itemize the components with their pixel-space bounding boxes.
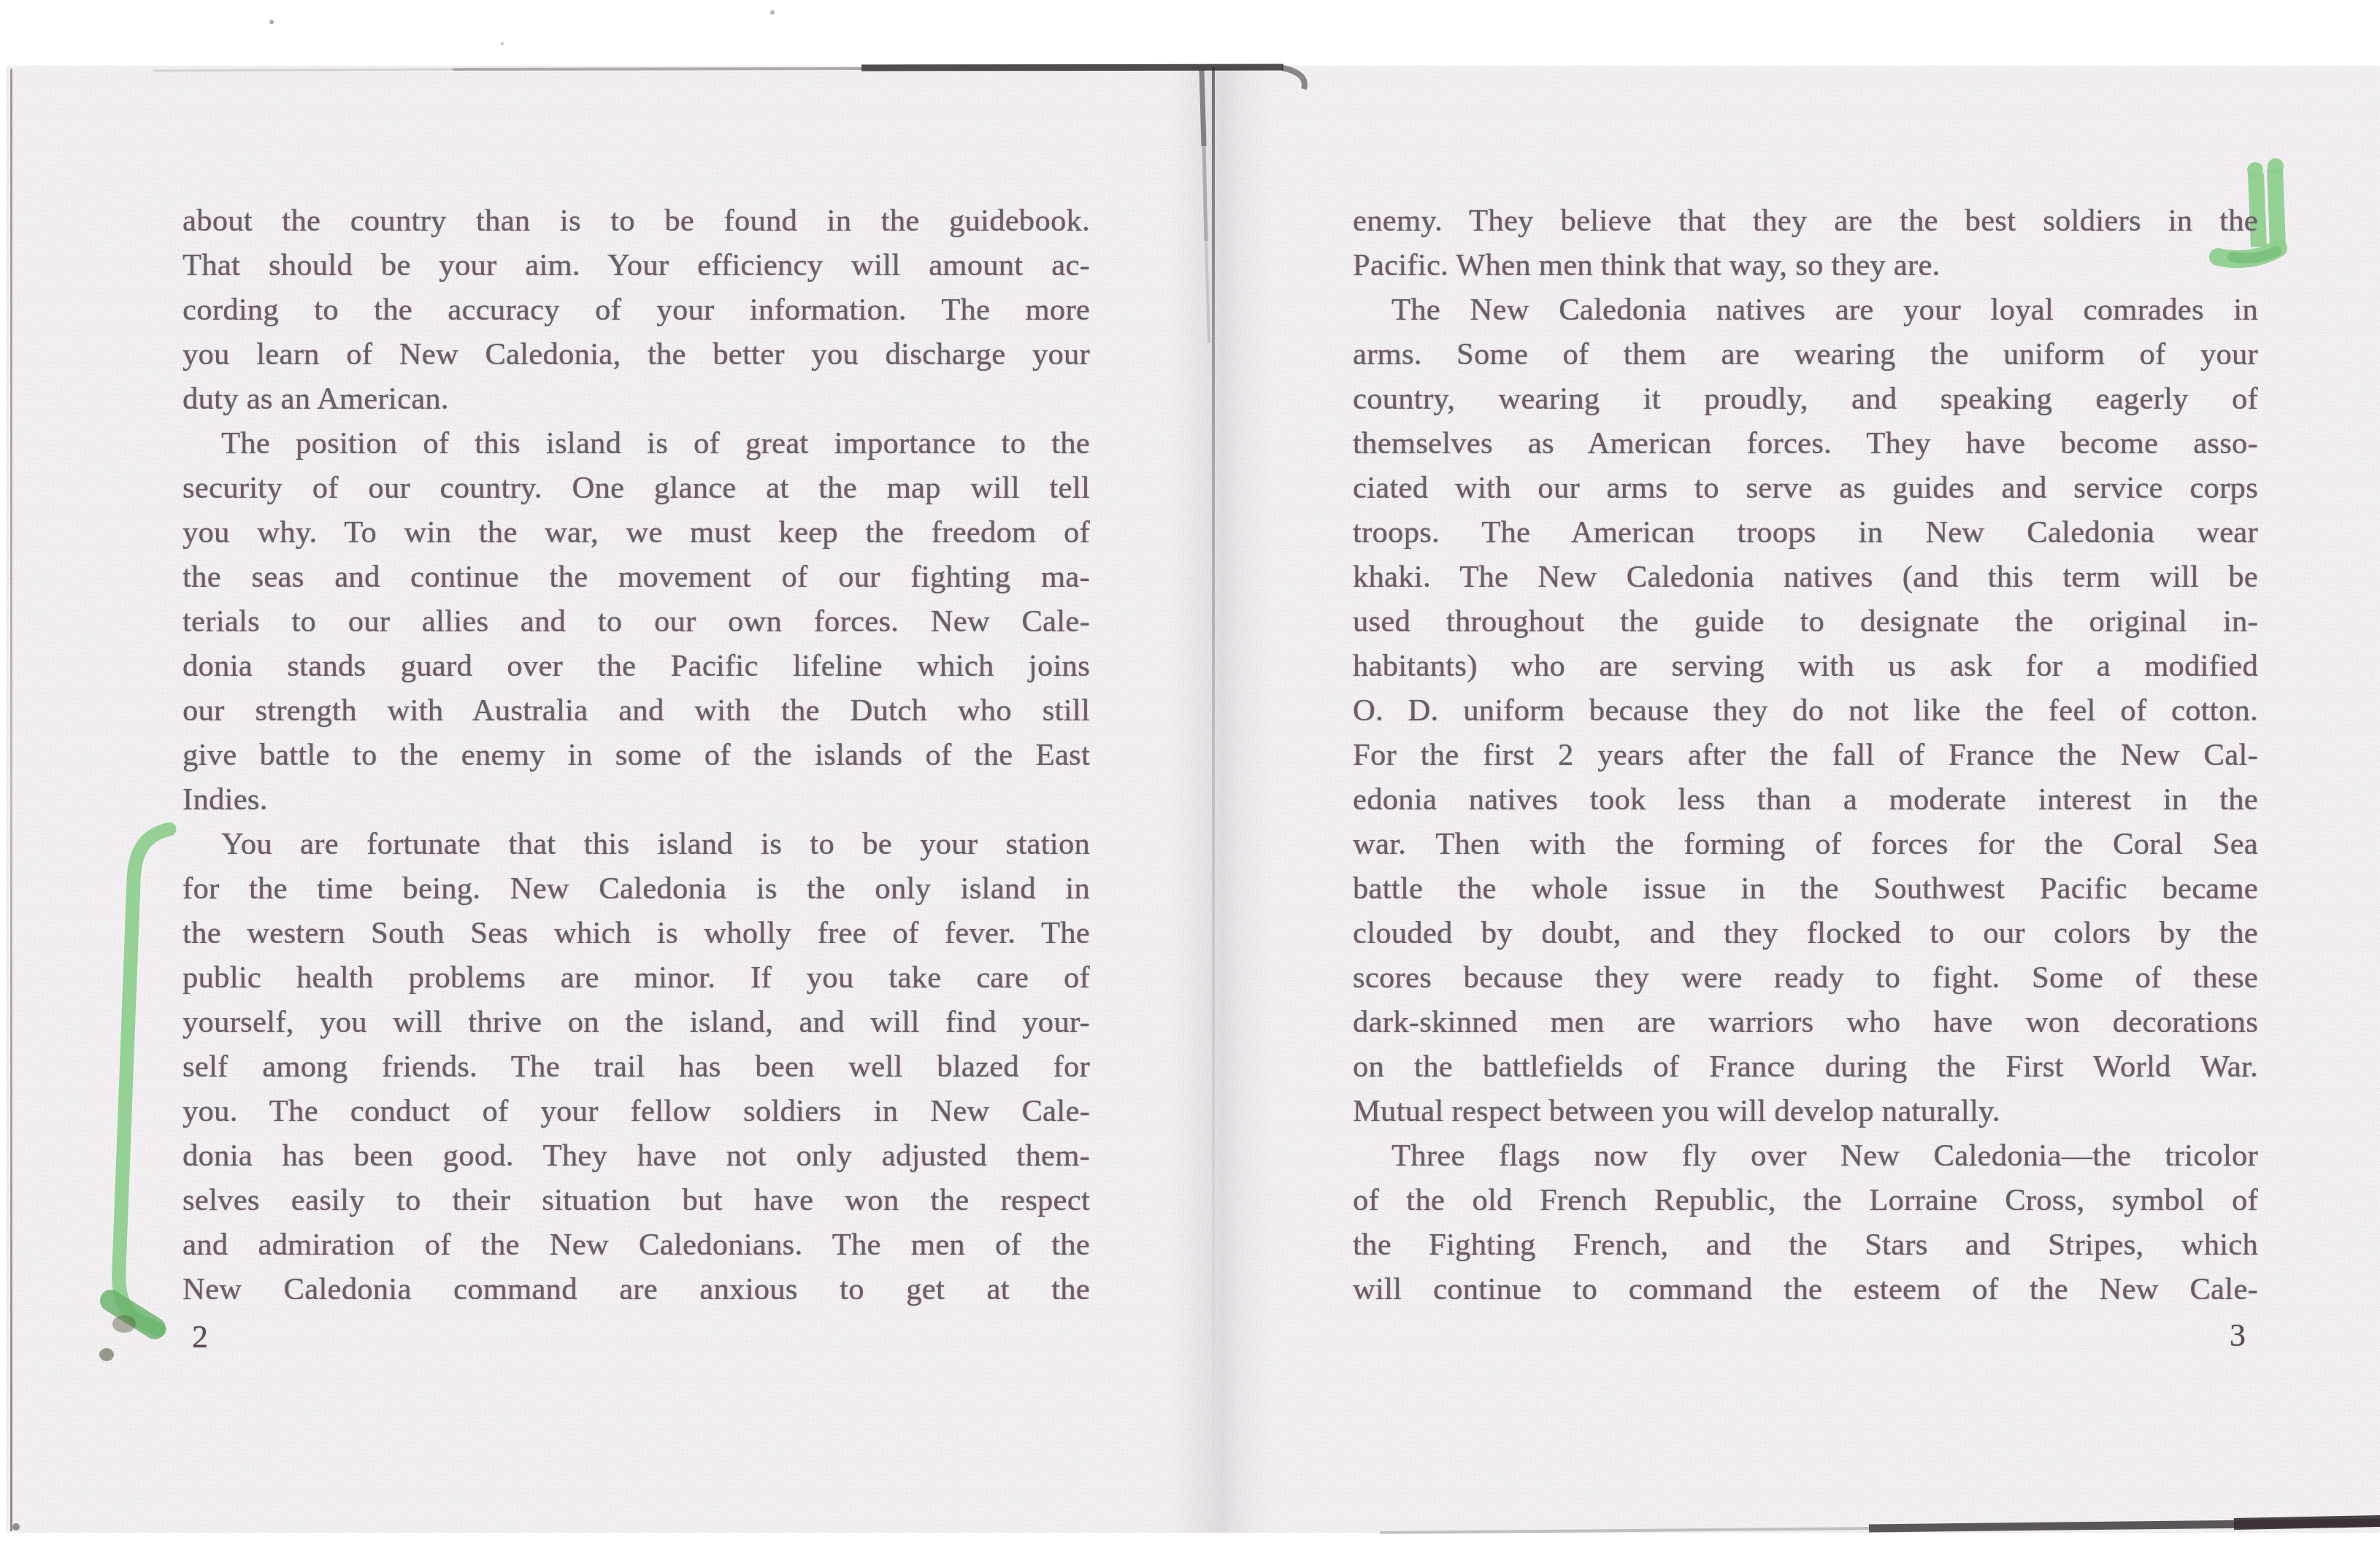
- right-page-number: 3: [2190, 1317, 2246, 1354]
- text-line: New Caledonia command are anxious to get…: [183, 1267, 1090, 1312]
- text-line: edonia natives took less than a moderate…: [1353, 777, 2258, 822]
- text-line: donia has been good. They have not only …: [183, 1133, 1090, 1178]
- scan-bottom-edge: [2234, 1521, 2380, 1524]
- green-marker-blot: [99, 1348, 114, 1361]
- text-line: self among friends. The trail has been w…: [183, 1044, 1090, 1089]
- text-line: give battle to the enemy in some of the …: [183, 733, 1090, 777]
- text-line: battle the whole issue in the Southwest …: [1353, 866, 2258, 911]
- text-line: enemy. They believe that they are the be…: [1353, 199, 2258, 243]
- text-line: You are fortunate that this island is to…: [183, 822, 1090, 866]
- text-line: about the country than is to be found in…: [183, 199, 1090, 243]
- text-line: The position of this island is of great …: [183, 421, 1090, 466]
- text-line: of the old French Republic, the Lorraine…: [1353, 1178, 2258, 1223]
- text-line: scores because they were ready to fight.…: [1353, 955, 2258, 1000]
- spine-shadow-line: [1202, 70, 1204, 146]
- text-line: used throughout the guide to designate t…: [1353, 599, 2258, 644]
- green-marker-blot: [112, 1315, 136, 1333]
- text-line: Pacific. When men think that way, so the…: [1353, 243, 2258, 288]
- text-line: security of our country. One glance at t…: [183, 466, 1090, 510]
- text-line: The New Caledonia natives are your loyal…: [1353, 288, 2258, 332]
- text-line: on the battlefields of France during the…: [1353, 1044, 2258, 1089]
- green-highlight-bracket-left: [119, 829, 169, 1330]
- text-line: the western South Seas which is wholly f…: [183, 911, 1090, 955]
- text-line: habitants) who are serving with us ask f…: [1353, 644, 2258, 688]
- scan-top-edge: [453, 69, 861, 69]
- text-line: ciated with our arms to serve as guides …: [1353, 466, 2258, 510]
- text-line: public health problems are minor. If you…: [183, 955, 1090, 1000]
- scan-top-edge: [153, 69, 453, 71]
- text-line: selves easily to their situation but hav…: [183, 1178, 1090, 1223]
- scan-bottom-edge: [1380, 1528, 1869, 1533]
- text-line: That should be your aim. Your efficiency…: [183, 243, 1090, 288]
- text-line: yourself, you will thrive on the island,…: [183, 1000, 1090, 1044]
- text-line: dark-skinned men are warriors who have w…: [1353, 1000, 2258, 1044]
- text-line: the seas and continue the movement of ou…: [183, 555, 1090, 599]
- right-page-text: enemy. They believe that they are the be…: [1353, 199, 2258, 1312]
- dust-speck: [770, 10, 775, 15]
- left-page-number: 2: [192, 1318, 208, 1355]
- text-line: cording to the accuracy of your informat…: [183, 288, 1090, 332]
- text-line: terials to our allies and to our own for…: [183, 599, 1090, 644]
- text-line: For the first 2 years after the fall of …: [1353, 733, 2258, 777]
- scan-top-edge: [861, 67, 1283, 68]
- scan-top-edge: [1282, 68, 1305, 89]
- dust-speck: [269, 20, 274, 24]
- left-page-text: about the country than is to be found in…: [183, 199, 1090, 1312]
- dust-speck: [501, 42, 504, 45]
- text-line: O. D. uniform because they do not like t…: [1353, 688, 2258, 733]
- dust-speck: [12, 1523, 20, 1531]
- text-line: you learn of New Caledonia, the better y…: [183, 332, 1090, 377]
- text-line: for the time being. New Caledonia is the…: [183, 866, 1090, 911]
- text-line: Indies.: [183, 777, 1090, 822]
- text-line: duty as an American.: [183, 377, 1090, 421]
- text-line: themselves as American forces. They have…: [1353, 421, 2258, 466]
- spine-shadow-line: [1206, 241, 1209, 343]
- spine-shadow-line: [1204, 146, 1206, 241]
- book-scan: about the country than is to be found in…: [0, 0, 2380, 1559]
- green-highlight-bracket-right: [2275, 169, 2278, 247]
- text-line: you why. To win the war, we must keep th…: [183, 510, 1090, 555]
- text-line: and admiration of the New Caledonians. T…: [183, 1223, 1090, 1267]
- text-line: war. Then with the forming of forces for…: [1353, 822, 2258, 866]
- text-line: arms. Some of them are wearing the unifo…: [1353, 332, 2258, 377]
- text-line: donia stands guard over the Pacific life…: [183, 644, 1090, 688]
- text-line: you. The conduct of your fellow soldiers…: [183, 1089, 1090, 1133]
- text-line: will continue to command the esteem of t…: [1353, 1267, 2258, 1312]
- text-line: the Fighting French, and the Stars and S…: [1353, 1223, 2258, 1267]
- text-line: our strength with Australia and with the…: [183, 688, 1090, 733]
- text-line: Mutual respect between you will develop …: [1353, 1089, 2258, 1133]
- text-line: troops. The American troops in New Caled…: [1353, 510, 2258, 555]
- text-line: clouded by doubt, and they flocked to ou…: [1353, 911, 2258, 955]
- text-line: Three flags now fly over New Caledonia—t…: [1353, 1133, 2258, 1178]
- text-line: country, wearing it proudly, and speakin…: [1353, 377, 2258, 421]
- text-line: khaki. The New Caledonia natives (and th…: [1353, 555, 2258, 599]
